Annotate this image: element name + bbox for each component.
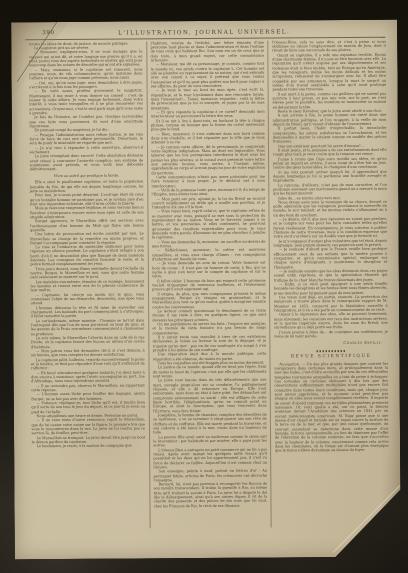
paragraph: Pour moi, je n'avais point désarmé. L'ou… — [30, 193, 144, 207]
paragraph: Trois jours durant, nous fîmes sentinell… — [30, 266, 144, 280]
paragraph: Je fais de l'histoire, ne l'oubliez pas.… — [29, 115, 143, 129]
paragraph: Il portait beau, l'habit irréprochable, … — [273, 126, 387, 144]
paragraph: — Enfin, si ce récit peut épargner à une… — [274, 282, 388, 296]
scan-background: 390 L'ILLUSTRATION, JOURNAL UNIVERSEL. t… — [0, 0, 408, 573]
paragraph: Nous étions assis sous la varangue de sa… — [273, 200, 387, 218]
paragraph: Une lettre de provocation est écrite aus… — [30, 232, 144, 246]
paragraph-continuation: l'Oiseau-Bleu, cela va sans dire, et c'e… — [272, 39, 386, 53]
paragraph: Le capitaine pâlit, balbutia, regarda su… — [31, 357, 145, 371]
paragraph: — Patience, répliquai-je; tout lâche qu'… — [31, 400, 145, 414]
author-signature: Charles Expilly. — [274, 341, 388, 346]
paragraph: La rancune, d'ailleurs, n'est pas de mon… — [273, 182, 387, 196]
masthead-title: L'ILLUSTRATION, JOURNAL UNIVERSEL. — [11, 20, 397, 37]
paragraph: Le soir même, le Marseillais l'aborda da… — [31, 335, 145, 349]
paragraph: Navigation. — Un des plus grands dangers… — [274, 361, 388, 453]
column-middle: j'habitais, voisine de l'évêché, une let… — [146, 40, 271, 528]
paragraph: Si ma voix pouvait arriver jusqu'à lui, … — [273, 169, 387, 183]
paragraph: — Réfléchissez, monsieur; la colère est … — [152, 248, 266, 262]
paragraph: — Il ne vous reste d'autre ressource, re… — [31, 418, 145, 436]
paragraph: — Monsieur, me dit ce personnage, je con… — [151, 62, 265, 89]
motto-line: Vivre au soleil qui prodigue la honte. — [30, 173, 144, 178]
paragraph: — Mon parti est pris, ajoutai-je; la loi… — [152, 196, 266, 210]
paragraph: L'Oiseau-Bleu a entrepris un petit comme… — [153, 447, 267, 469]
paragraph: Elle a suivi le pusillanime capitaine, e… — [30, 180, 144, 194]
newspaper-page: 390 L'ILLUSTRATION, JOURNAL UNIVERSEL. t… — [11, 20, 401, 560]
paragraph: — Monsieur, expliquez-vous, il ne vous m… — [29, 50, 143, 68]
paragraph: Le surlendemain, même manège : l'homme s… — [31, 318, 145, 336]
paragraph: — Je souhaite ensuite que les abus dénon… — [274, 269, 388, 283]
paragraph: Il était jeune, et la jeunesse a de ces … — [273, 148, 387, 157]
paragraph: Joséphine, la femme de chambre, complice… — [153, 412, 267, 434]
paragraph: — Rien, monsieur; il s'est enfermé dans … — [151, 131, 265, 145]
paragraph: Il exigea, de plus, que mes compagnons p… — [152, 291, 266, 309]
paragraph: On me pardonnera de serrer les faits : l… — [152, 322, 266, 336]
paragraph: Quant au capitaine, il a subi une expiat… — [272, 52, 386, 92]
paragraph: — Je connais cette affaire, dit le perso… — [151, 144, 265, 175]
paragraph: La justice de ce monde, quand elle ne ti… — [153, 365, 267, 379]
paragraph: Quant à la répression des abus, elle se … — [274, 312, 388, 330]
paragraph: Ces vœux sont déjà, en partie, exaucés. … — [274, 295, 388, 313]
paragraph: L'homme détourna la tête et fit mine de … — [31, 305, 145, 319]
page-number: 390 — [42, 30, 55, 36]
paragraph: Le lecteur connaît maintenant le dénoûme… — [152, 309, 266, 323]
paragraph: Cette communication n'était pas assez pu… — [151, 174, 265, 188]
paragraph: — Je souhaite d'abord que la France veui… — [274, 247, 388, 269]
paragraph: Et il se mit à lire à demi-voix, en hoch… — [151, 118, 265, 132]
paragraph: La juive s'est lancée dans de tels débor… — [153, 378, 267, 413]
paragraph: — Eh bien! attendez-moi quelques instant… — [31, 370, 145, 384]
paragraph: Son enseigne, peinte à neuf, portait en … — [153, 469, 267, 483]
paragraph: À son arrivée à Rio, le jeune homme est … — [273, 113, 387, 127]
paragraph: La juive triomphait donc encore! Cette a… — [30, 154, 144, 172]
section-divider-ornament — [316, 350, 346, 353]
paragraph: — Je veux le tuer au bout de mon épée, c… — [151, 88, 265, 110]
paragraph: Il y aurait toute une moralité à tirer d… — [152, 335, 266, 353]
paragraph: Burget approuva; le Marseillais offrit s… — [30, 219, 144, 233]
paragraph: Bernard, lui, n'est pas parvenu à reconq… — [154, 482, 268, 509]
paragraph: J'aime à croire que l'âge aura rectifié … — [273, 156, 387, 170]
paragraph: — En voilà assez, proféra gravement le m… — [29, 89, 143, 116]
revue-scientifique-heading: REVUE SCIENTIFIQUE — [274, 354, 388, 359]
paragraph: — Mais, monsieur, si le capitaine est in… — [29, 67, 143, 81]
paragraph: — Capitaine, lui criai-je un matin sur l… — [31, 292, 145, 306]
column-right: l'Oiseau-Bleu, cela va sans dire, et c'e… — [268, 39, 393, 527]
paragraph: Le lendemain, je reçus, à la maison de c… — [32, 444, 146, 449]
text-columns: toutes les idées de droit, de justice, d… — [25, 39, 392, 529]
paragraph: La pauvre fille avait suivi sa maîtresse… — [153, 434, 267, 448]
paragraph: — Je désire, dit-il, que mes épreuves ne… — [273, 217, 387, 239]
column-left: toutes les idées de droit, de justice, d… — [25, 41, 149, 529]
science-item-lead: Navigation. — [279, 362, 301, 366]
paragraph: La ruse et l'embarras du misérable obtin… — [30, 245, 144, 267]
paragraph-continuation: j'habitais, voisine de l'évêché, une let… — [150, 40, 264, 62]
paragraph: — Puisque l'administration nous refuse j… — [29, 132, 143, 146]
paragraph: J'avais promis à Jules de... de consigne… — [274, 329, 388, 338]
paragraph: Il est mort à la peine, comme ces geôlie… — [272, 91, 386, 109]
paragraph: — Vous voyez bien, reprit celui-ci, que … — [152, 209, 266, 240]
paragraph: Les matelots eux-mêmes, témoins de ce ma… — [30, 279, 144, 293]
paragraph: Mais je veux une vengeance légitime, et … — [30, 206, 144, 220]
paragraph: — Je vous demande un acte de raison. Vot… — [152, 261, 266, 279]
paragraph: Il fallut céder. L'homme de bien qui exi… — [152, 278, 266, 292]
